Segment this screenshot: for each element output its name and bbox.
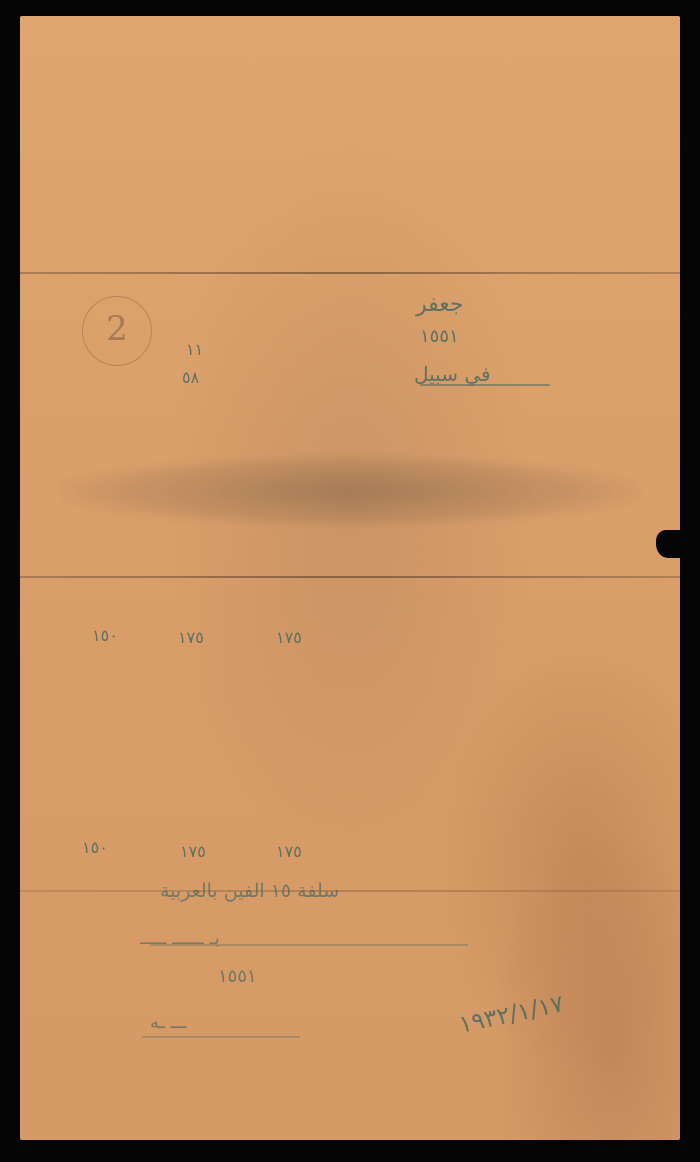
fold-line (20, 890, 680, 892)
amount-row1-col2: ١٧٥ (178, 628, 204, 647)
signature-line (142, 1036, 300, 1038)
receipt-text-line-2: بـ ــــــ ـــــ (140, 928, 220, 949)
circled-number-text: 2 (83, 309, 151, 349)
amount-row1-col1: ١٥٠ (92, 626, 118, 645)
underline (420, 384, 550, 386)
top-left-number-2: ٥٨ (182, 368, 199, 387)
circled-page-number: 2 (82, 296, 152, 366)
fold-line (20, 272, 680, 274)
receipt-text-line: سلفة ١٥ الفين بالعربية (160, 880, 339, 902)
top-left-number-1: ١١ (186, 340, 203, 359)
annotation-name: جعفر (416, 292, 463, 317)
amount-row1-col3: ١٧٥ (276, 628, 302, 647)
torn-corner (656, 530, 680, 558)
document-paper (20, 16, 680, 1140)
receipt-number: ١٥٥١ (218, 966, 257, 987)
annotation-number: ١٥٥١ (420, 326, 459, 347)
amount-row2-col1: ١٥٠ (82, 838, 108, 857)
fold-line (20, 576, 680, 578)
ink-bleed-through (60, 456, 640, 526)
amount-row2-col3: ١٧٥ (276, 842, 302, 861)
signature: ـــ ـه (150, 1012, 186, 1033)
annotation-phrase: في سبيل (414, 362, 491, 386)
amount-row2-col2: ١٧٥ (180, 842, 206, 861)
